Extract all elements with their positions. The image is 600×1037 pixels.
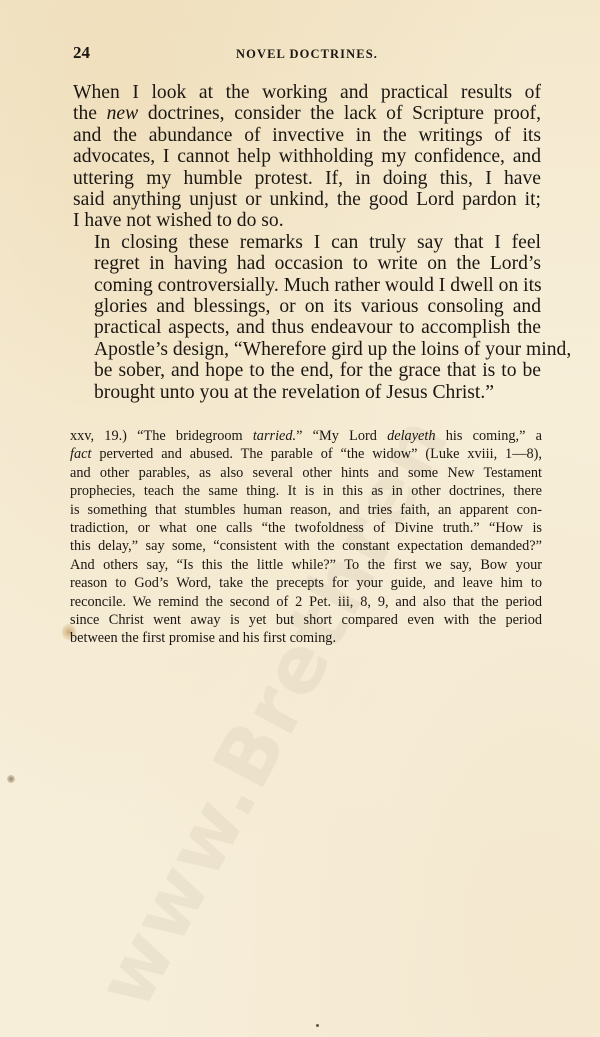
paper-speck (7, 775, 15, 783)
text-line: is something that stumbles human reason,… (70, 501, 542, 519)
text-line: reason to God’s Word, take the precepts … (70, 574, 542, 592)
text-line: be sober, and hope to the end, for the g… (73, 360, 541, 381)
text-line: advocates, I cannot help withholding my … (73, 146, 541, 167)
book-page: www.Brethren 24 NOVEL DOCTRINES. When I … (0, 0, 600, 1037)
text-line: practical aspects, and thus endeavour to… (73, 317, 541, 338)
running-title: NOVEL DOCTRINES. (73, 45, 541, 63)
text-line: In closing these remarks I can truly say… (73, 232, 541, 253)
italic-emphasis: tarried. (253, 428, 296, 444)
text-line: coming controversially. Much rather woul… (73, 275, 541, 296)
text-line: and other parables, as also several othe… (70, 464, 542, 482)
paper-speck (316, 1024, 319, 1027)
text-line: glories and blessings, or on its various… (73, 296, 541, 317)
running-head: 24 NOVEL DOCTRINES. (73, 43, 541, 63)
text-line: said anything unjust or unkind, the good… (73, 189, 541, 210)
text-line: fact perverted and abused. The parable o… (70, 445, 542, 463)
text-line: regret in having had occasion to write o… (73, 253, 541, 274)
text-line: And others say, “Is this the little whil… (70, 556, 542, 574)
text-line: reconcile. We remind the second of 2 Pet… (70, 593, 542, 611)
text-line: Apostle’s design, “Wherefore gird up the… (73, 339, 541, 360)
paragraph: In closing these remarks I can truly say… (73, 232, 541, 403)
text-line: xxv, 19.) “The bridegroom tarried.” “My … (70, 427, 542, 445)
text-line: tradiction, or what one calls “the twofo… (70, 519, 542, 537)
text-line: I have not wished to do so. (73, 210, 541, 231)
text-line: prophecies, teach the same thing. It is … (70, 482, 542, 500)
text-line: uttering my humble protest. If, in doing… (73, 168, 541, 189)
text-line: since Christ went away is yet but short … (70, 611, 542, 629)
paragraph: When I look at the working and practical… (73, 82, 541, 232)
body-text: When I look at the working and practical… (73, 82, 541, 403)
text-line: When I look at the working and practical… (73, 82, 541, 103)
text-line: and the abundance of invective in the wr… (73, 125, 541, 146)
text-line: this delay,” say some, “consistent with … (70, 537, 542, 555)
text-line: brought unto you at the revelation of Je… (73, 382, 541, 403)
footnote: xxv, 19.) “The bridegroom tarried.” “My … (70, 427, 542, 648)
italic-emphasis: new (107, 103, 139, 124)
italic-emphasis: fact (70, 446, 91, 462)
italic-emphasis: delayeth (387, 428, 435, 444)
text-line: the new doctrines, consider the lack of … (73, 103, 541, 124)
text-line: between the first promise and his first … (70, 629, 542, 647)
